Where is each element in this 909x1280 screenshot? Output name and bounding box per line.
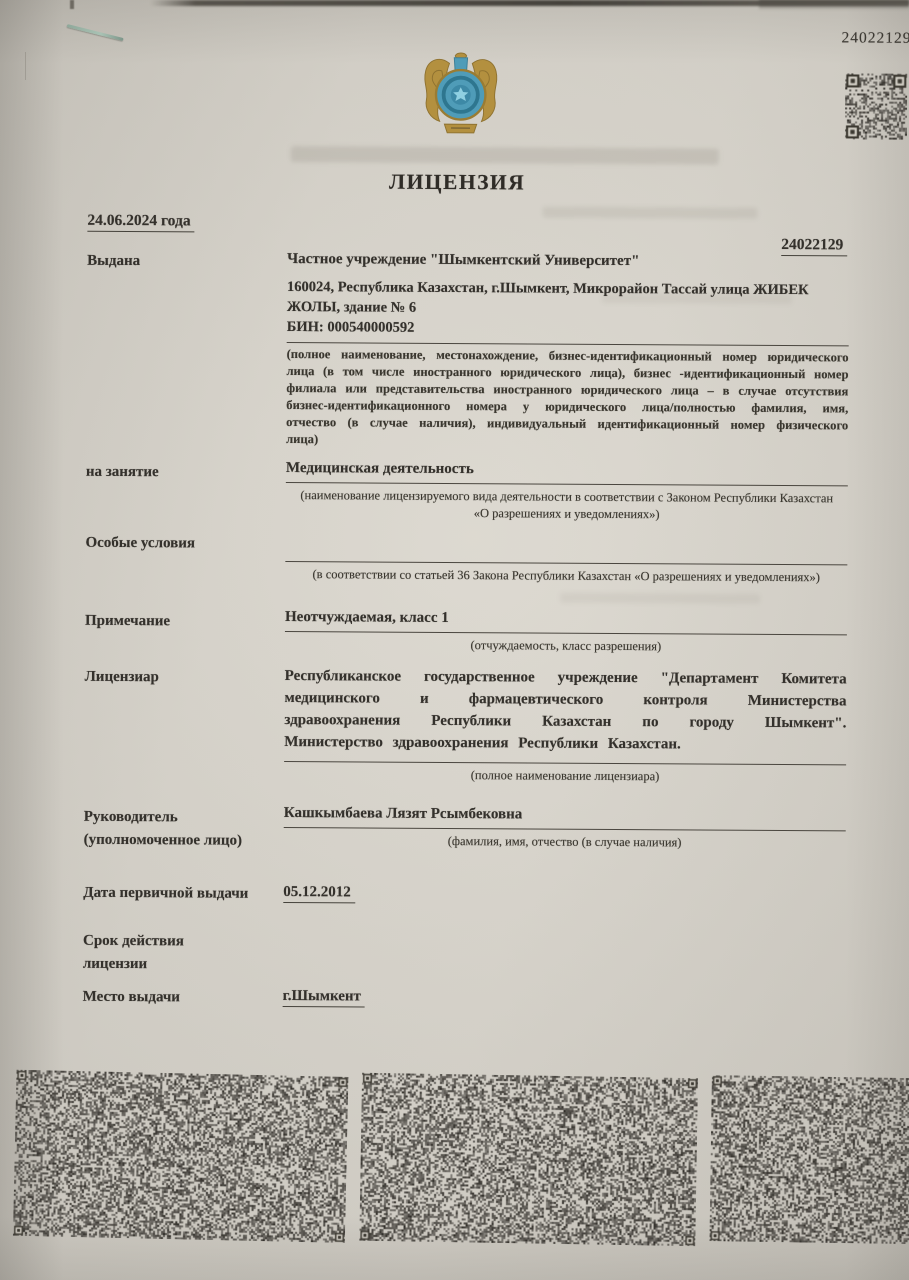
scan-reference-number: 24022129	[842, 29, 909, 47]
licensee-name: Частное учреждение "Шымкентский Универси…	[287, 251, 849, 271]
field-label-special-conditions: Особые условия	[85, 532, 195, 556]
field-label-validity: Срок действия лицензии	[83, 930, 233, 977]
note-block: Неотчуждаемая, класс 1 (отчуждаемость, к…	[285, 609, 847, 656]
licensor-value: Республиканское государственное учрежден…	[284, 665, 847, 756]
document-title: ЛИЦЕНЗИЯ	[3, 167, 909, 198]
field-label-activity: на занятие	[86, 461, 159, 484]
signature-datamatrix-strip	[14, 1072, 878, 1245]
licensee-address: 160024, Республика Казахстан, г.Шымкент,…	[287, 277, 849, 320]
bleed-through-smudge	[542, 207, 757, 219]
noise-block-1	[13, 1070, 349, 1243]
head-caption: (фамилия, имя, отчество (в случае наличи…	[292, 832, 837, 852]
field-label-licensor: Лицензиар	[85, 666, 159, 689]
bleed-through-smudge	[560, 593, 760, 604]
activity-block: Медицинская деятельность (наименование л…	[286, 460, 848, 524]
head-value: Кашкымбаева Лязят Рсымбековна	[284, 805, 846, 831]
head-label-line2: (уполномоченное лицо)	[84, 829, 242, 853]
field-label-place: Место выдачи	[83, 986, 180, 1010]
activity-caption: (наименование лицензируемого вида деятел…	[294, 487, 839, 524]
qr-code-icon	[845, 73, 907, 139]
place-value: г.Шымкент	[283, 988, 365, 1008]
field-label-issued: Выдана	[87, 250, 140, 273]
field-label-head: Руководитель (уполномоченное лицо)	[84, 806, 243, 853]
kazakhstan-emblem-icon	[413, 42, 509, 139]
scanned-page-background: 24022129 ЛИЦЕНЗИЯ 24.06.2024 года 240221…	[0, 0, 909, 1280]
note-value: Неотчуждаемая, класс 1	[285, 609, 847, 635]
rule-line	[284, 761, 846, 765]
note-caption: (отчуждаемость, класс разрешения)	[293, 636, 838, 656]
special-conditions-caption: (в соответствии со статьей 36 Закона Рес…	[306, 566, 826, 586]
licensor-block: Республиканское государственное учрежден…	[284, 665, 847, 786]
field-label-note: Примечание	[85, 610, 170, 634]
special-conditions-block: (в соответствии со статьей 36 Закона Рес…	[285, 535, 847, 586]
activity-value: Медицинская деятельность	[286, 460, 848, 486]
head-block: Кашкымбаева Лязят Рсымбековна (фамилия, …	[284, 805, 846, 852]
noise-block-3	[709, 1075, 909, 1246]
bleed-through-smudge	[291, 146, 719, 165]
noise-block-2	[359, 1073, 698, 1247]
field-label-first-issue: Дата первичной выдачи	[83, 882, 248, 906]
licensor-caption: (полное наименование лицензиара)	[293, 766, 838, 786]
license-document: 24022129 ЛИЦЕНЗИЯ 24.06.2024 года 240221…	[0, 0, 909, 1280]
special-conditions-value	[285, 535, 847, 565]
issued-block: Частное учреждение "Шымкентский Универси…	[286, 251, 849, 451]
issue-date: 24.06.2024 года	[87, 212, 194, 233]
head-label-line1: Руководитель	[84, 806, 242, 830]
first-issue-value: 05.12.2012	[283, 884, 355, 903]
issued-caption: (полное наименование, местонахождение, б…	[286, 346, 849, 451]
first-issue-block: 05.12.2012	[283, 883, 845, 906]
licensee-bin: БИН: 000540000592	[287, 317, 849, 340]
place-block: г.Шымкент	[283, 987, 845, 1010]
